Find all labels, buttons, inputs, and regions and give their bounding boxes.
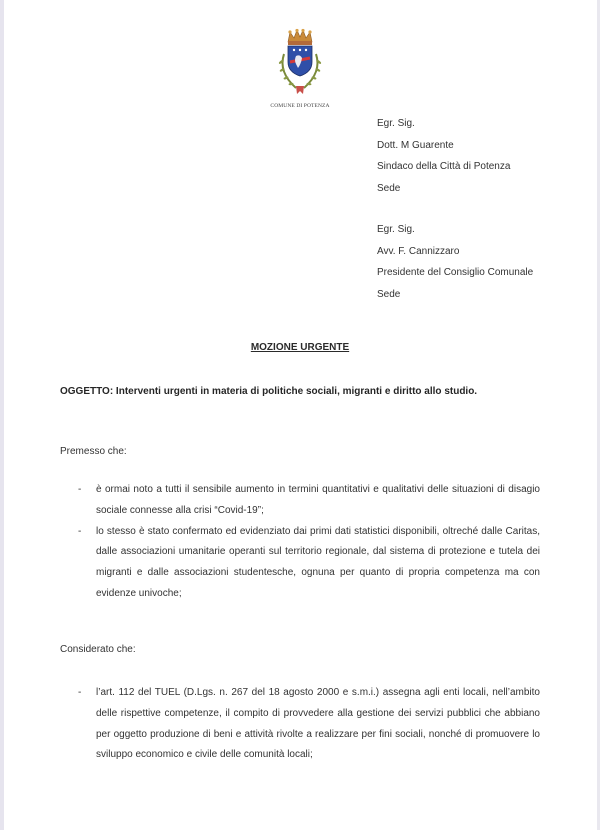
bullet-list-premesso: - è ormai noto a tutti il sensibile aume… <box>78 480 540 605</box>
list-item: - lo stesso è stato confermato ed eviden… <box>78 522 540 605</box>
bullet-marker: - <box>78 480 81 501</box>
emblem-caption: COMUNE DI POTENZA <box>250 103 350 109</box>
recipient-place: Sede <box>377 178 533 200</box>
document-page: COMUNE DI POTENZA Egr. Sig. Dott. M Guar… <box>0 0 600 830</box>
recipient-salutation: Egr. Sig. <box>377 113 533 135</box>
list-item-text: l’art. 112 del TUEL (D.Lgs. n. 267 del 1… <box>96 683 540 766</box>
recipient-place: Sede <box>377 284 533 306</box>
recipient-name: Avv. F. Cannizzaro <box>377 241 533 263</box>
recipient-council-president: Egr. Sig. Avv. F. Cannizzaro Presidente … <box>377 219 533 305</box>
bullet-marker: - <box>78 522 81 543</box>
subject-line: OGGETTO: Interventi urgenti in materia d… <box>60 386 560 397</box>
recipient-salutation: Egr. Sig. <box>377 219 533 241</box>
section-heading-considerato: Considerato che: <box>60 644 136 655</box>
list-item: - è ormai noto a tutti il sensibile aume… <box>78 480 540 522</box>
list-item-text: lo stesso è stato confermato ed evidenzi… <box>96 522 540 605</box>
list-item: - l’art. 112 del TUEL (D.Lgs. n. 267 del… <box>78 683 540 766</box>
bullet-marker: - <box>78 683 81 704</box>
recipient-name: Dott. M Guarente <box>377 135 533 157</box>
bullet-list-considerato: - l’art. 112 del TUEL (D.Lgs. n. 267 del… <box>78 683 540 766</box>
recipient-role: Sindaco della Città di Potenza <box>377 156 533 178</box>
recipients: Egr. Sig. Dott. M Guarente Sindaco della… <box>377 113 533 305</box>
recipient-role: Presidente del Consiglio Comunale <box>377 262 533 284</box>
document-title: MOZIONE URGENTE <box>0 342 600 353</box>
section-heading-premesso: Premesso che: <box>60 446 127 457</box>
list-item-text: è ormai noto a tutti il sensibile aument… <box>96 480 540 522</box>
coat-of-arms-icon <box>268 28 332 100</box>
recipient-mayor: Egr. Sig. Dott. M Guarente Sindaco della… <box>377 113 533 199</box>
